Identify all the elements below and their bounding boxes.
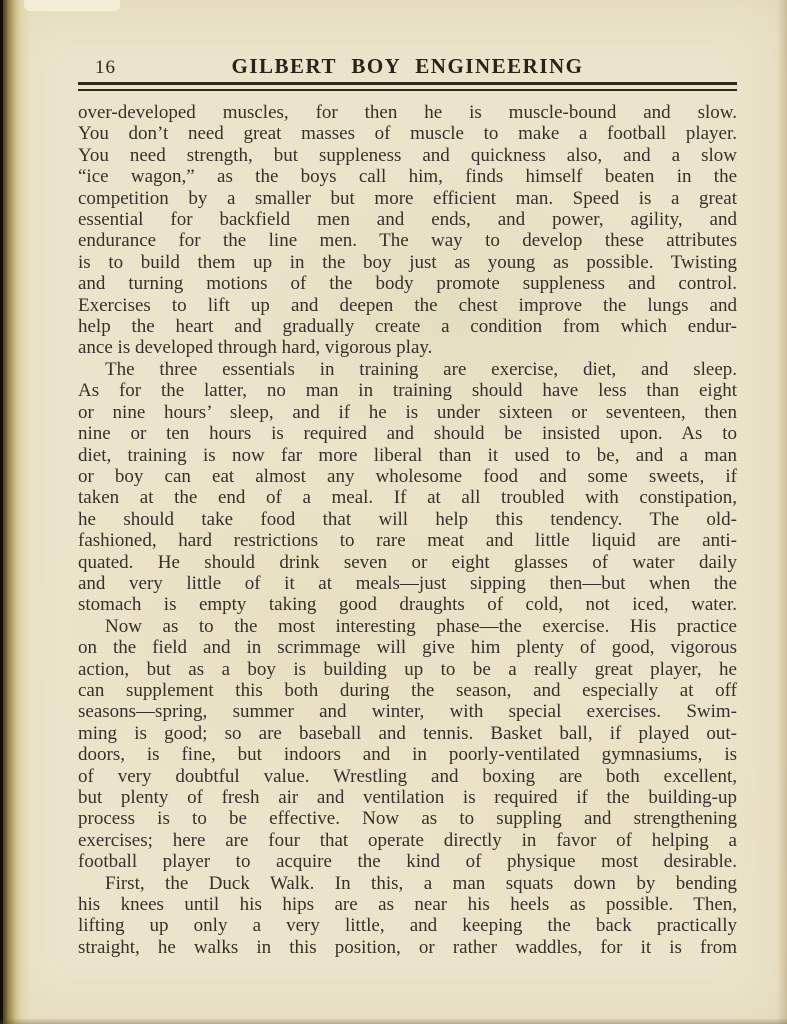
running-head-title: GILBERT BOY ENGINEERING (78, 54, 737, 79)
body-line: action, but as a boy is building up to b… (78, 659, 737, 680)
body-line: ance is developed through hard, vigorous… (78, 337, 737, 358)
binding-edge (0, 0, 30, 1024)
scanned-book-page: 16 GILBERT BOY ENGINEERING over-develope… (0, 0, 787, 1024)
body-line: As for the latter, no man in training sh… (78, 380, 737, 401)
page-bottom-shadow (0, 1018, 787, 1024)
body-line: taken at the end of a meal. If at all tr… (78, 487, 737, 508)
page-corner-highlight (24, 0, 120, 11)
running-head: 16 GILBERT BOY ENGINEERING (78, 54, 737, 82)
body-line: on the field and in scrimmage will give … (78, 637, 737, 658)
body-text: over-developed muscles, for then he is m… (78, 102, 737, 958)
body-line: ming is good; so are baseball and tennis… (78, 723, 737, 744)
body-line: and very little of it at meals—just sipp… (78, 573, 737, 594)
body-line: his knees until his hips are as near his… (78, 894, 737, 915)
body-line: “ice wagon,” as the boys call him, finds… (78, 166, 737, 187)
body-line: First, the Duck Walk. In this, a man squ… (78, 873, 737, 894)
body-line: The three essentials in training are exe… (78, 359, 737, 380)
body-line: diet, training is now far more liberal t… (78, 445, 737, 466)
body-line: stomach is empty taking good draughts of… (78, 594, 737, 615)
body-line: Exercises to lift up and deepen the ches… (78, 295, 737, 316)
body-line: doors, is fine, but indoors and in poorl… (78, 744, 737, 765)
body-line: he should take food that will help this … (78, 509, 737, 530)
paragraph: over-developed muscles, for then he is m… (78, 102, 737, 359)
header-double-rule (78, 82, 737, 91)
body-line: lifting up only a very little, and keepi… (78, 915, 737, 936)
body-line: endurance for the line men. The way to d… (78, 230, 737, 251)
paragraph: The three essentials in training are exe… (78, 359, 737, 616)
body-line: is to build them up in the boy just as y… (78, 252, 737, 273)
body-line: of very doubtful value. Wrestling and bo… (78, 766, 737, 787)
body-line: straight, he walks in this position, or … (78, 937, 737, 958)
body-line: process is to be effective. Now as to su… (78, 808, 737, 829)
page-right-shadow (777, 0, 787, 1024)
body-line: and turning motions of the body promote … (78, 273, 737, 294)
body-line: can supplement this both during the seas… (78, 680, 737, 701)
text-block: 16 GILBERT BOY ENGINEERING over-develope… (78, 54, 737, 958)
body-line: or boy can eat almost any wholesome food… (78, 466, 737, 487)
body-line: essential for backfield men and ends, an… (78, 209, 737, 230)
body-line: You don’t need great masses of muscle to… (78, 123, 737, 144)
body-line: nine or ten hours is required and should… (78, 423, 737, 444)
body-line: football player to acquire the kind of p… (78, 851, 737, 872)
body-line: Now as to the most interesting phase—the… (78, 616, 737, 637)
body-line: quated. He should drink seven or eight g… (78, 552, 737, 573)
body-line: but plenty of fresh air and ventilation … (78, 787, 737, 808)
body-line: fashioned, hard restrictions to rare mea… (78, 530, 737, 551)
body-line: exercises; here are four that operate di… (78, 830, 737, 851)
paragraph: Now as to the most interesting phase—the… (78, 616, 737, 873)
body-line: competition by a smaller but more effici… (78, 188, 737, 209)
body-line: or nine hours’ sleep, and if he is under… (78, 402, 737, 423)
body-line: You need strength, but suppleness and qu… (78, 145, 737, 166)
body-line: seasons—spring, summer and winter, with … (78, 701, 737, 722)
body-line: help the heart and gradually create a co… (78, 316, 737, 337)
body-line: over-developed muscles, for then he is m… (78, 102, 737, 123)
paragraph: First, the Duck Walk. In this, a man squ… (78, 873, 737, 959)
